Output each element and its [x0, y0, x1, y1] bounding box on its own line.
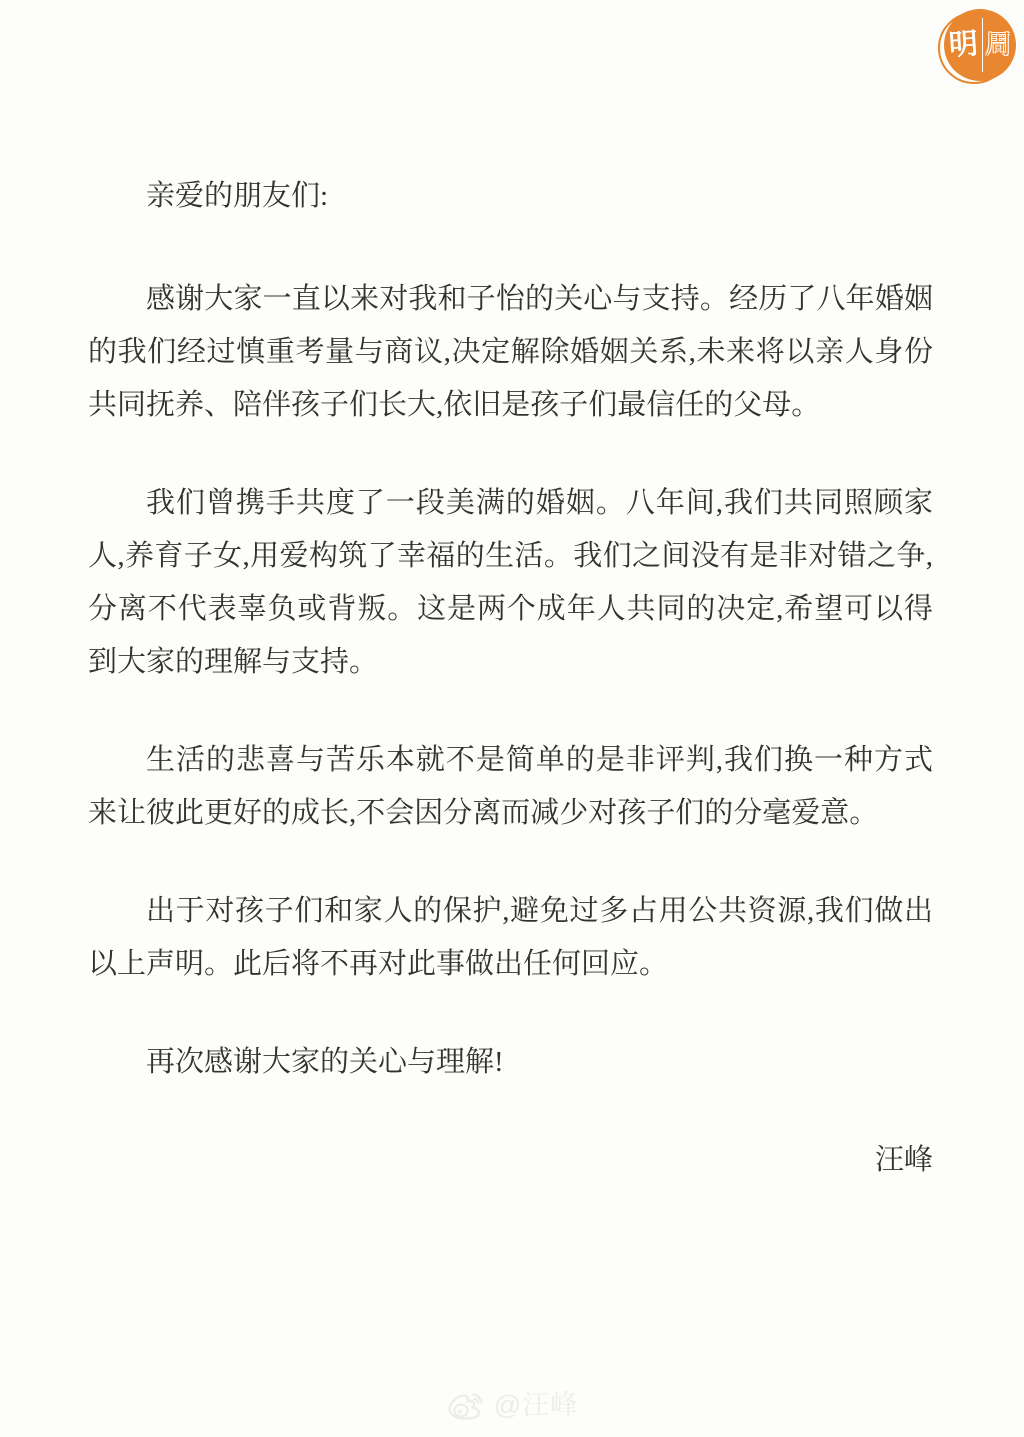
- paragraph-5: 再次感谢大家的关心与理解!: [88, 1036, 933, 1089]
- weibo-icon: [446, 1388, 486, 1422]
- ming-pao-weekly-logo: 明 周: [943, 9, 1017, 83]
- signature: 汪峰: [88, 1134, 933, 1187]
- watermark-handle: @汪峰: [494, 1389, 578, 1421]
- paragraph-3: 生活的悲喜与苦乐本就不是简单的是非评判,我们换一种方式来让彼此更好的成长,不会因…: [88, 734, 933, 840]
- logo-char-left: 明: [948, 30, 979, 61]
- logo-divider: [982, 18, 984, 72]
- logo-disc: 明 周: [944, 9, 1016, 81]
- paragraph-2: 我们曾携手共度了一段美满的婚姻。八年间,我们共同照顾家人,养育子女,用爱构筑了幸…: [88, 477, 933, 689]
- logo-char-right: 周: [985, 32, 1011, 58]
- salutation: 亲爱的朋友们:: [88, 170, 933, 223]
- paragraph-1: 感谢大家一直以来对我和子怡的关心与支持。经历了八年婚姻的我们经过慎重考量与商议,…: [88, 273, 933, 432]
- letter-page: 明 周 亲爱的朋友们: 感谢大家一直以来对我和子怡的关心与支持。经历了八年婚姻的…: [0, 0, 1024, 1437]
- statement-letter: 亲爱的朋友们: 感谢大家一直以来对我和子怡的关心与支持。经历了八年婚姻的我们经过…: [88, 170, 933, 1187]
- paragraph-4: 出于对孩子们和家人的保护,避免过多占用公共资源,我们做出以上声明。此后将不再对此…: [88, 885, 933, 991]
- weibo-watermark: @汪峰: [0, 1388, 1024, 1422]
